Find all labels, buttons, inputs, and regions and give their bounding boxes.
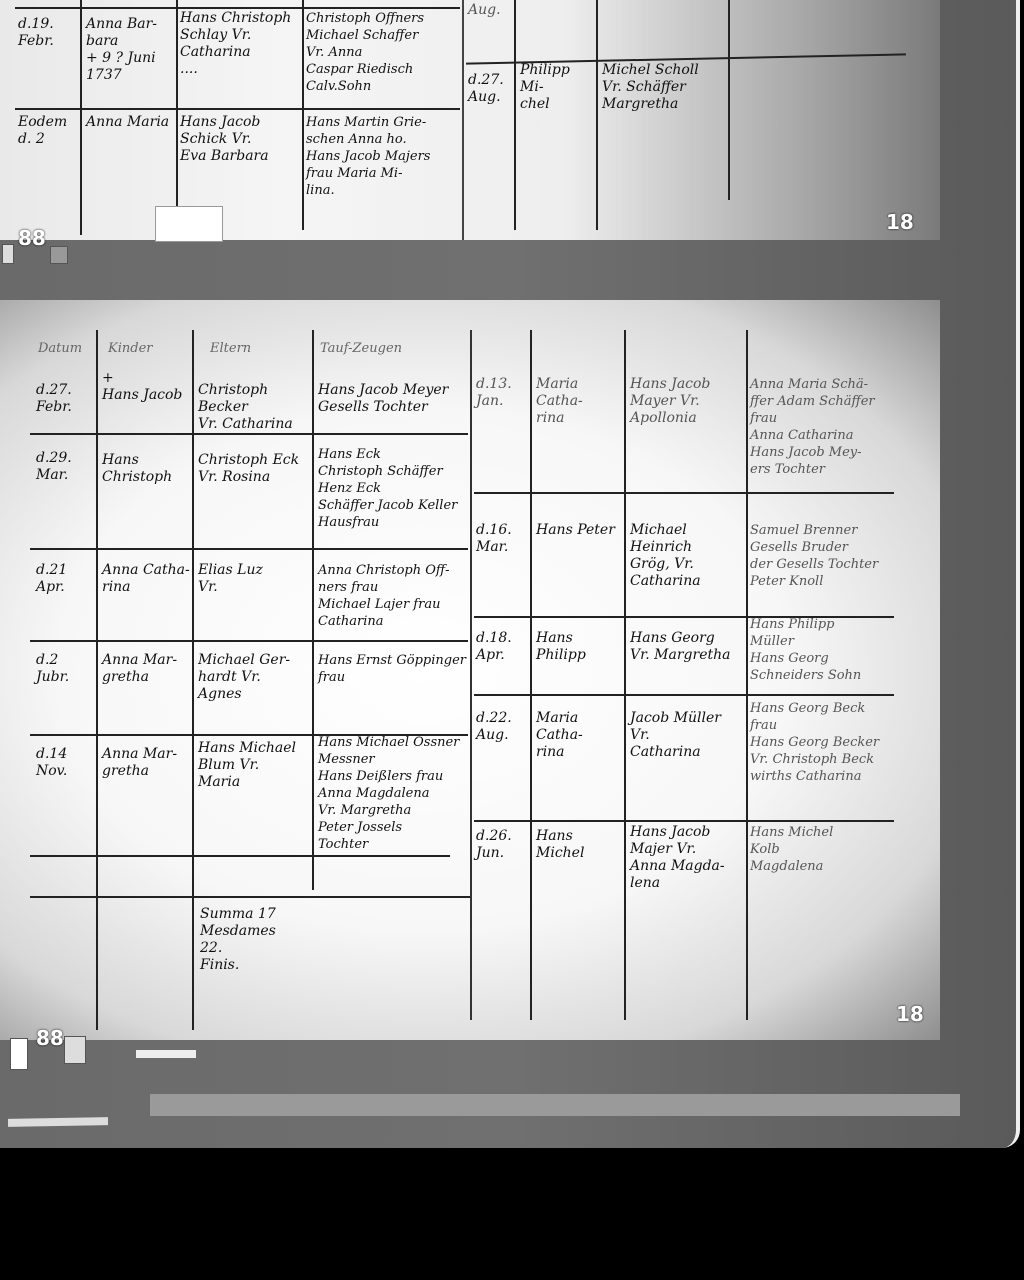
row-divider <box>30 640 468 642</box>
entry-godparents: Hans Martin Grie- schen Anna ho. Hans Ja… <box>306 114 461 199</box>
entry-godparents: Hans Ernst Göppinger frau <box>318 652 468 686</box>
column-divider <box>530 330 532 1020</box>
column-header-date: Datum <box>38 340 82 357</box>
film-marker <box>2 244 14 264</box>
entry-godparents: Hans Philipp Müller Hans Georg Schneider… <box>750 616 895 684</box>
entry-parents: Jacob Müller Vr. Catharina <box>630 710 744 761</box>
entry-date: d.2 Jubr. <box>36 652 94 686</box>
frame-number: 18 <box>886 210 914 234</box>
column-divider <box>302 0 304 230</box>
entry-child-name: Hans Michel <box>536 828 622 862</box>
entry-date: d.14 Nov. <box>36 746 94 780</box>
entry-godparents: Hans Eck Christoph Schäffer Henz Eck Sch… <box>318 446 468 531</box>
entry-date: Eodem d. 2 <box>18 114 78 148</box>
film-marker <box>10 1038 28 1070</box>
bottom-register-page: Datum Kinder Eltern Tauf-Zeugen d.27. Fe… <box>0 300 940 1040</box>
frame-number: 18 <box>896 1002 924 1026</box>
entry-godparents: Samuel Brenner Gesells Bruder der Gesell… <box>750 522 895 590</box>
entry-date: d.27. Aug. <box>468 72 512 106</box>
entry-godparents: Hans Michael Ossner Messner Hans Deißler… <box>318 734 468 853</box>
entry-godparents: Anna Maria Schä- ffer Adam Schäffer frau… <box>750 376 895 478</box>
entry-date: d.16. Mar. <box>476 522 528 556</box>
row-divider <box>30 548 468 550</box>
entry-parents: Hans Jacob Schick Vr. Eva Barbara <box>180 114 300 165</box>
page-gutter <box>470 330 472 1020</box>
column-divider <box>192 330 194 1030</box>
entry-child-name: Philipp Mi- chel <box>520 62 594 113</box>
column-divider <box>746 330 748 1020</box>
entry-date: d.13. Jan. <box>476 376 528 410</box>
closing-summary-note: Summa 17 Mesdames 22. Finis. <box>200 906 310 974</box>
frame-number: 88 <box>18 226 46 250</box>
row-divider <box>30 855 450 857</box>
page-gutter <box>462 0 464 240</box>
entry-date: Aug. <box>468 2 512 19</box>
column-divider <box>624 330 626 1020</box>
column-header-godparents: Tauf-Zeugen <box>320 340 402 357</box>
entry-parents: Michael Ger- hardt Vr. Agnes <box>198 652 310 703</box>
column-divider <box>96 330 98 1030</box>
row-divider <box>30 433 468 435</box>
top-register-page: d.19. Febr. Anna Bar- bara + 9 ? Juni 17… <box>0 0 940 240</box>
row-divider <box>474 820 894 822</box>
entry-godparents: Anna Christoph Off- ners frau Michael La… <box>318 562 468 630</box>
entry-date: d.22. Aug. <box>476 710 528 744</box>
entry-date: d.27. Febr. <box>36 382 94 416</box>
row-divider <box>15 108 460 110</box>
row-divider <box>30 896 470 898</box>
entry-child-name: Anna Mar- gretha <box>102 746 190 780</box>
entry-child-name: Hans Christoph <box>102 452 190 486</box>
entry-parents: Hans Michael Blum Vr. Maria <box>198 740 310 791</box>
entry-date: d.19. Febr. <box>18 16 78 50</box>
entry-date: d.18. Apr. <box>476 630 528 664</box>
paper-label <box>155 206 223 242</box>
entry-child-name: Hans Peter <box>536 522 622 539</box>
column-header-parents: Eltern <box>210 340 251 357</box>
row-divider <box>474 694 894 696</box>
entry-parents: Christoph Becker Vr. Catharina <box>198 382 310 433</box>
column-divider <box>80 0 82 235</box>
entry-parents: Elias Luz Vr. <box>198 562 310 596</box>
entry-child-name: Anna Mar- gretha <box>102 652 190 686</box>
entry-child-name: Anna Maria <box>86 114 174 131</box>
row-divider <box>15 7 460 9</box>
entry-date: d.26. Jun. <box>476 828 528 862</box>
entry-parents: Michael Heinrich Grög, Vr. Catharina <box>630 522 744 590</box>
column-divider <box>514 0 516 230</box>
entry-child-name: Maria Catha- rina <box>536 710 622 761</box>
entry-godparents: Hans Georg Beck frau Hans Georg Becker V… <box>750 700 895 785</box>
entry-parents: Christoph Eck Vr. Rosina <box>198 452 310 486</box>
entry-godparents: Hans Jacob Meyer Gesells Tochter <box>318 382 468 416</box>
entry-parents: Michel Scholl Vr. Schäffer Margretha <box>602 62 726 113</box>
entry-child-name: Anna Bar- bara + 9 ? Juni 1737 <box>86 16 174 84</box>
frame-number: 88 <box>36 1026 64 1050</box>
entry-date: d.21 Apr. <box>36 562 94 596</box>
entry-child-name: + Hans Jacob <box>102 370 190 404</box>
film-strip-edge <box>136 1050 196 1058</box>
column-header-children: Kinder <box>108 340 152 357</box>
entry-parents: Hans Georg Vr. Margretha <box>630 630 744 664</box>
entry-date: d.29. Mar. <box>36 450 94 484</box>
entry-parents: Hans Christoph Schlay Vr. Catharina .... <box>180 10 300 78</box>
entry-parents: Hans Jacob Mayer Vr. Apollonia <box>630 376 744 427</box>
film-strip-edge <box>150 1094 960 1116</box>
entry-godparents: Christoph Offners Michael Schaffer Vr. A… <box>306 10 461 95</box>
entry-parents: Hans Jacob Majer Vr. Anna Magda- lena <box>630 824 744 892</box>
entry-child-name: Maria Catha- rina <box>536 376 622 427</box>
entry-child-name: Anna Catha- rina <box>102 562 190 596</box>
entry-child-name: Hans Philipp <box>536 630 622 664</box>
film-marker <box>50 246 68 264</box>
column-divider <box>596 0 598 230</box>
row-divider <box>474 492 894 494</box>
entry-godparents: Hans Michel Kolb Magdalena <box>750 824 895 875</box>
column-divider <box>312 330 314 890</box>
film-marker <box>64 1036 86 1064</box>
column-divider <box>728 0 730 200</box>
